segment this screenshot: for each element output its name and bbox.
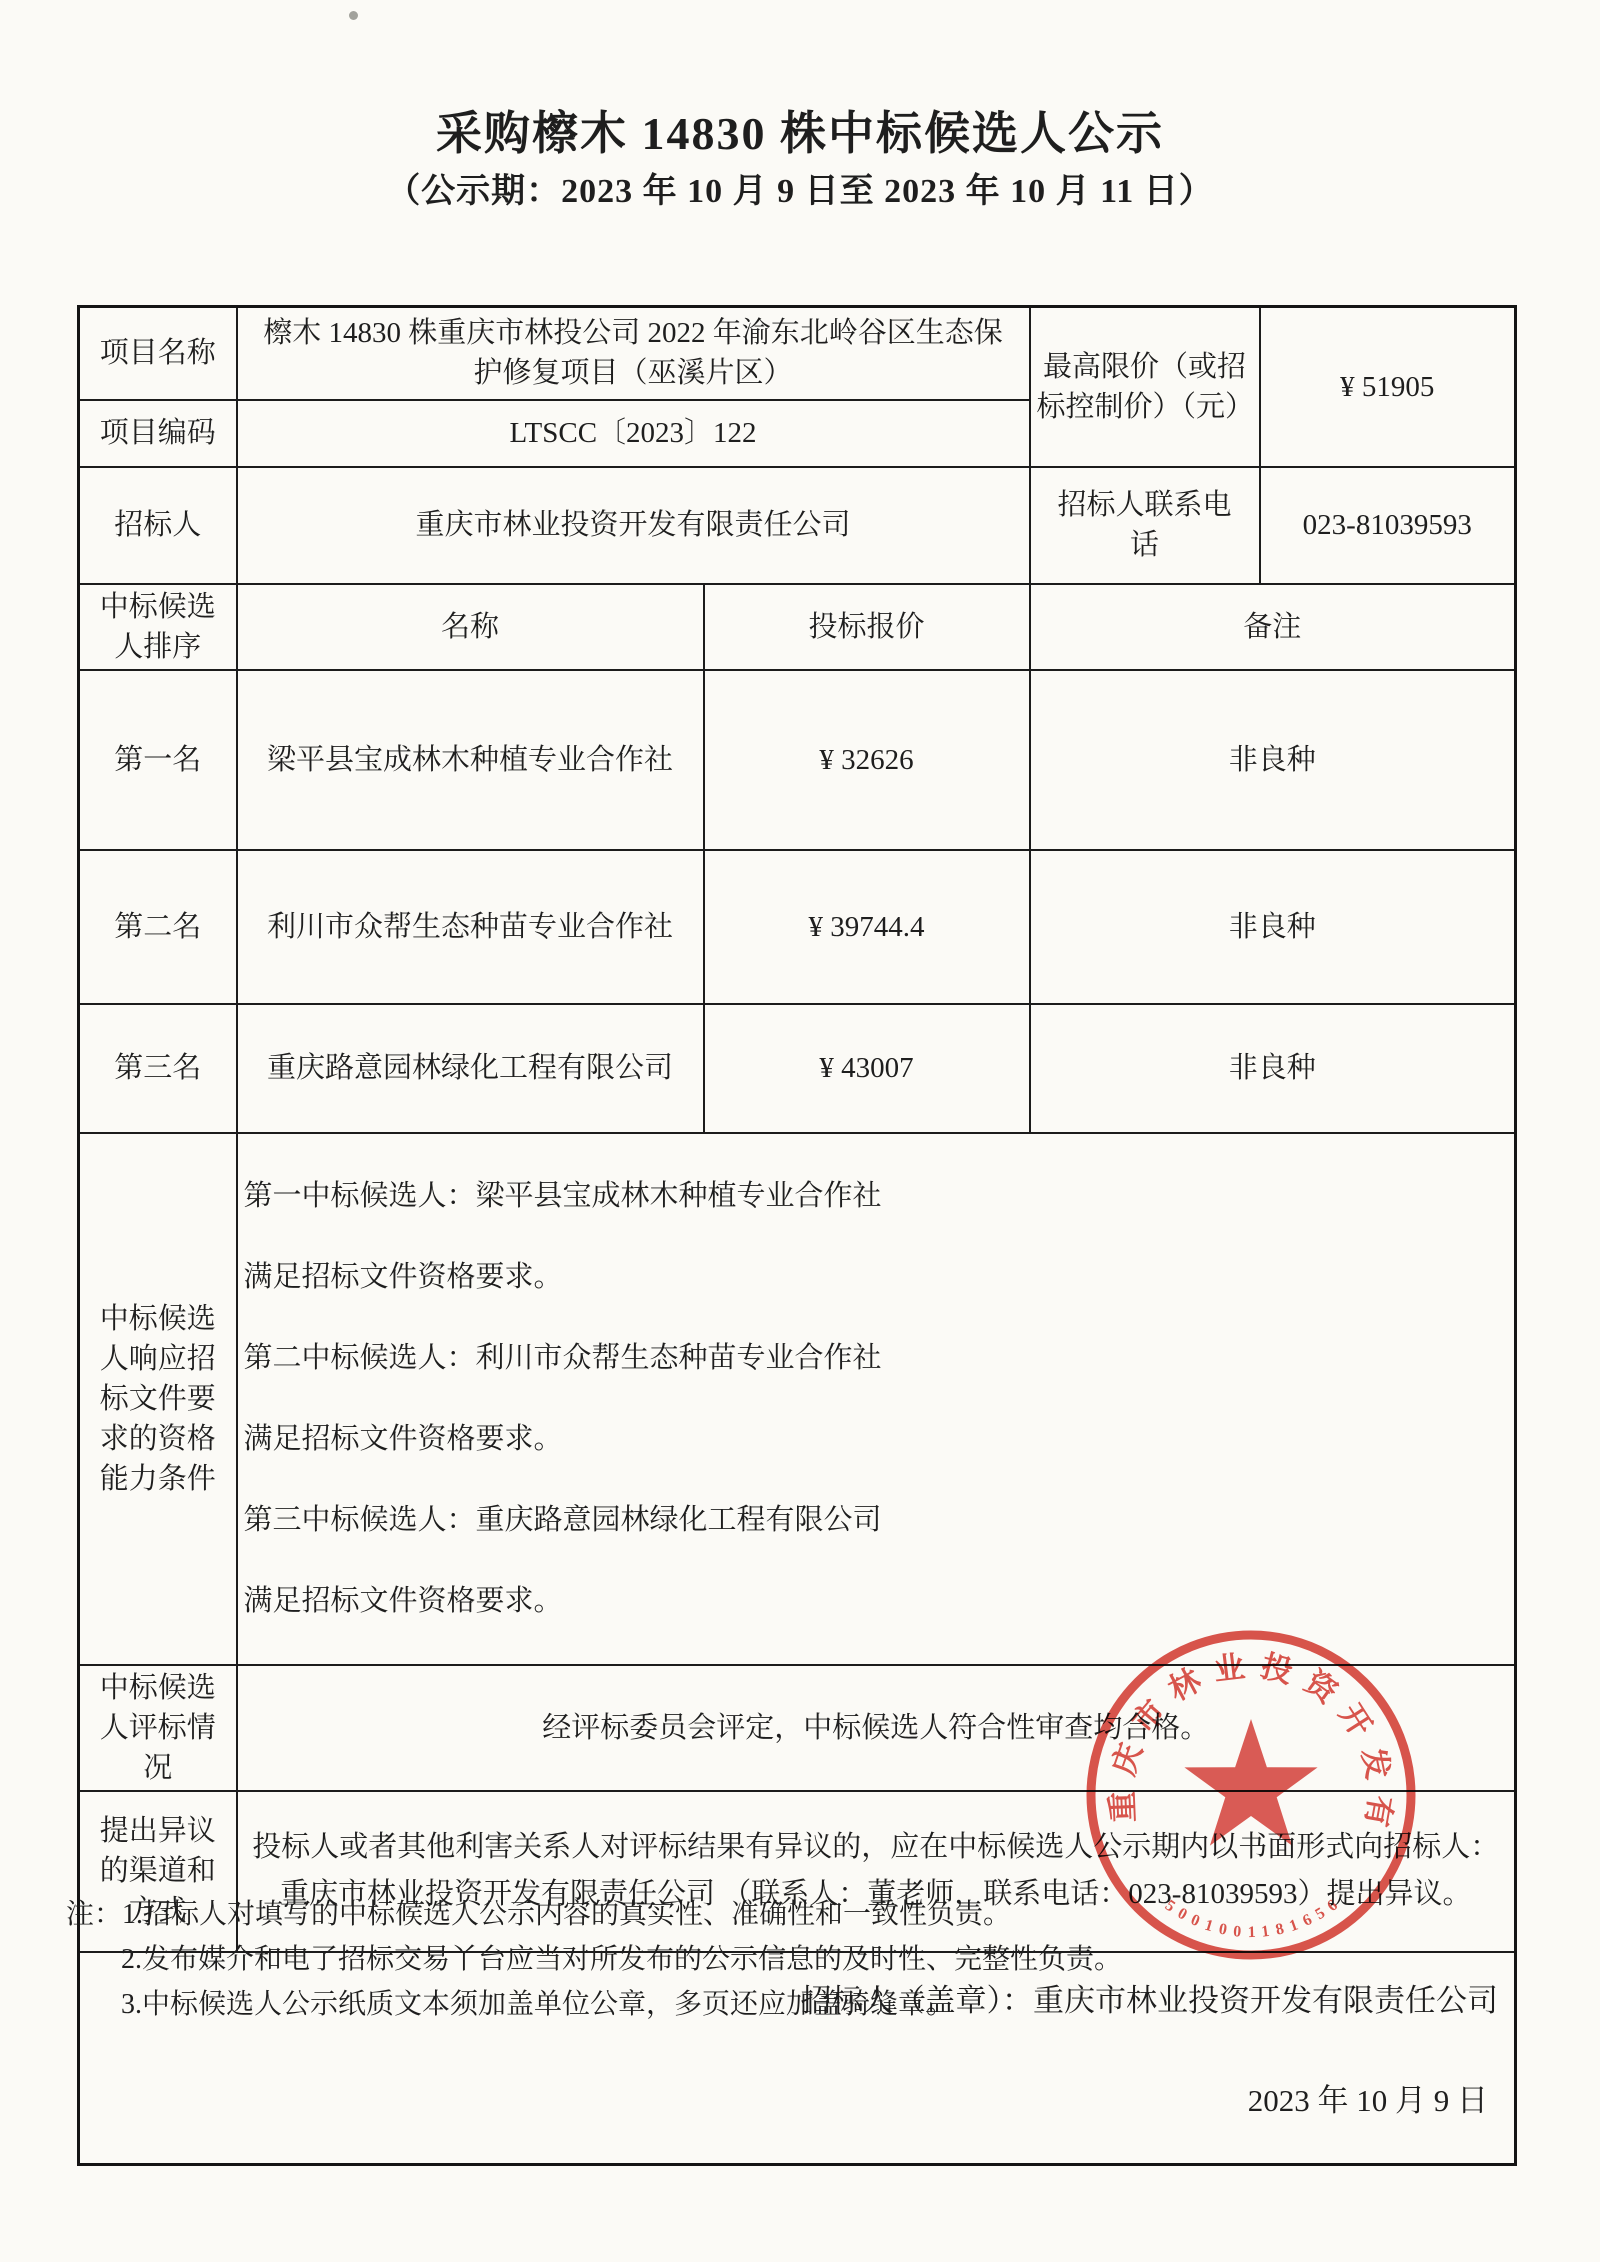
footnote-2: 2.发布媒介和电了招标交易丫台应当对所发布的公示信息的及时性、完整性负责。 xyxy=(121,1937,1366,1982)
candidate-bid: ¥ 43007 xyxy=(704,1004,1030,1133)
candidate-rank: 第二名 xyxy=(79,850,237,1004)
row-qualification: 中标候选 人响应招 标文件要 求的资格 能力条件 第一中标候选人：梁平县宝成林木… xyxy=(79,1133,1516,1665)
row-evaluation: 中标候选 人评标情 况 经评标委员会评定，中标候选人符合性审查均合格。 xyxy=(79,1665,1516,1791)
evaluation-label: 中标候选 人评标情 况 xyxy=(79,1665,237,1791)
tenderer-phone-label: 招标人联系电 话 xyxy=(1030,467,1260,584)
row-project-name: 项目名称 檫木 14830 株重庆市林投公司 2022 年渝东北岭谷区生态保 护… xyxy=(79,307,1516,400)
project-code-label: 项目编码 xyxy=(79,400,237,467)
notice-table: 项目名称 檫木 14830 株重庆市林投公司 2022 年渝东北岭谷区生态保 护… xyxy=(77,305,1517,2166)
qualification-label: 中标候选 人响应招 标文件要 求的资格 能力条件 xyxy=(79,1133,237,1665)
tenderer-name: 重庆市林业投资开发有限责任公司 xyxy=(237,467,1030,584)
candidate-bid: ¥ 32626 xyxy=(704,670,1030,850)
tenderer-label: 招标人 xyxy=(79,467,237,584)
qualification-line: 第一中标候选人：梁平县宝成林木种植专业合作社 xyxy=(244,1176,1509,1217)
project-name-value: 檫木 14830 株重庆市林投公司 2022 年渝东北岭谷区生态保 护修复项目（… xyxy=(237,307,1030,400)
row-tenderer: 招标人 重庆市林业投资开发有限责任公司 招标人联系电 话 023-8103959… xyxy=(79,467,1516,584)
bid-header: 投标报价 xyxy=(704,584,1030,670)
page-title: 采购檫木 14830 株中标候选人公示 xyxy=(0,97,1600,163)
remark-header: 备注 xyxy=(1030,584,1516,670)
candidate-remark: 非良种 xyxy=(1030,850,1516,1004)
max-price-value: ¥ 51905 xyxy=(1260,307,1516,467)
signature-date: 2023 年 10 月 9 日 xyxy=(1248,2081,1488,2121)
name-header: 名称 xyxy=(237,584,704,670)
tenderer-phone-value: 023-81039593 xyxy=(1260,467,1516,584)
candidate-bid: ¥ 39744.4 xyxy=(704,850,1030,1004)
project-code-value: LTSCC〔2023〕122 xyxy=(237,400,1030,467)
rank-header: 中标候选 人排序 xyxy=(79,584,237,670)
footnote-1: 注：1.招标人对填写的中标候选人公示内容的真实性、准确性和一致性负责。 xyxy=(66,1892,1366,1937)
qualification-content: 第一中标候选人：梁平县宝成林木种植专业合作社 满足招标文件资格要求。 第二中标候… xyxy=(237,1133,1516,1665)
candidate-remark: 非良种 xyxy=(1030,670,1516,850)
candidate-rank: 第一名 xyxy=(79,670,237,850)
qualification-line: 满足招标文件资格要求。 xyxy=(244,1419,1509,1460)
candidate-name: 重庆路意园林绿化工程有限公司 xyxy=(237,1004,704,1133)
candidate-rank: 第三名 xyxy=(79,1004,237,1133)
page-subtitle: （公示期：2023 年 10 月 9 日至 2023 年 10 月 11 日） xyxy=(0,163,1600,212)
candidate-name: 梁平县宝成林木种植专业合作社 xyxy=(237,670,704,850)
candidate-name: 利川市众帮生态种苗专业合作社 xyxy=(237,850,704,1004)
max-price-label: 最高限价（或招 标控制价）（元） xyxy=(1030,307,1260,467)
candidate-remark: 非良种 xyxy=(1030,1004,1516,1133)
qualification-line: 第三中标候选人：重庆路意园林绿化工程有限公司 xyxy=(244,1500,1509,1541)
row-candidate-header: 中标候选 人排序 名称 投标报价 备注 xyxy=(79,584,1516,670)
qualification-line: 满足招标文件资格要求。 xyxy=(244,1257,1509,1298)
qualification-line: 满足招标文件资格要求。 xyxy=(244,1581,1509,1622)
evaluation-text: 经评标委员会评定，中标候选人符合性审查均合格。 xyxy=(237,1665,1516,1791)
scan-artifact-dot xyxy=(349,11,358,20)
table-row-candidate-3: 第三名 重庆路意园林绿化工程有限公司 ¥ 43007 非良种 xyxy=(79,1004,1516,1133)
footnotes: 注：1.招标人对填写的中标候选人公示内容的真实性、准确性和一致性负责。 2.发布… xyxy=(66,1892,1366,2027)
footnote-3: 3.中标候选人公示纸质文本须加盖单位公章，多页还应加盖骑缝章。 xyxy=(121,1982,1366,2027)
project-name-label: 项目名称 xyxy=(79,307,237,400)
table-row-candidate-1: 第一名 梁平县宝成林木种植专业合作社 ¥ 32626 非良种 xyxy=(79,670,1516,850)
table-row-candidate-2: 第二名 利川市众帮生态种苗专业合作社 ¥ 39744.4 非良种 xyxy=(79,850,1516,1004)
qualification-line: 第二中标候选人：利川市众帮生态种苗专业合作社 xyxy=(244,1338,1509,1379)
document-page: { "page": { "title": "采购檫木 14830 株中标候选人公… xyxy=(0,0,1600,2262)
